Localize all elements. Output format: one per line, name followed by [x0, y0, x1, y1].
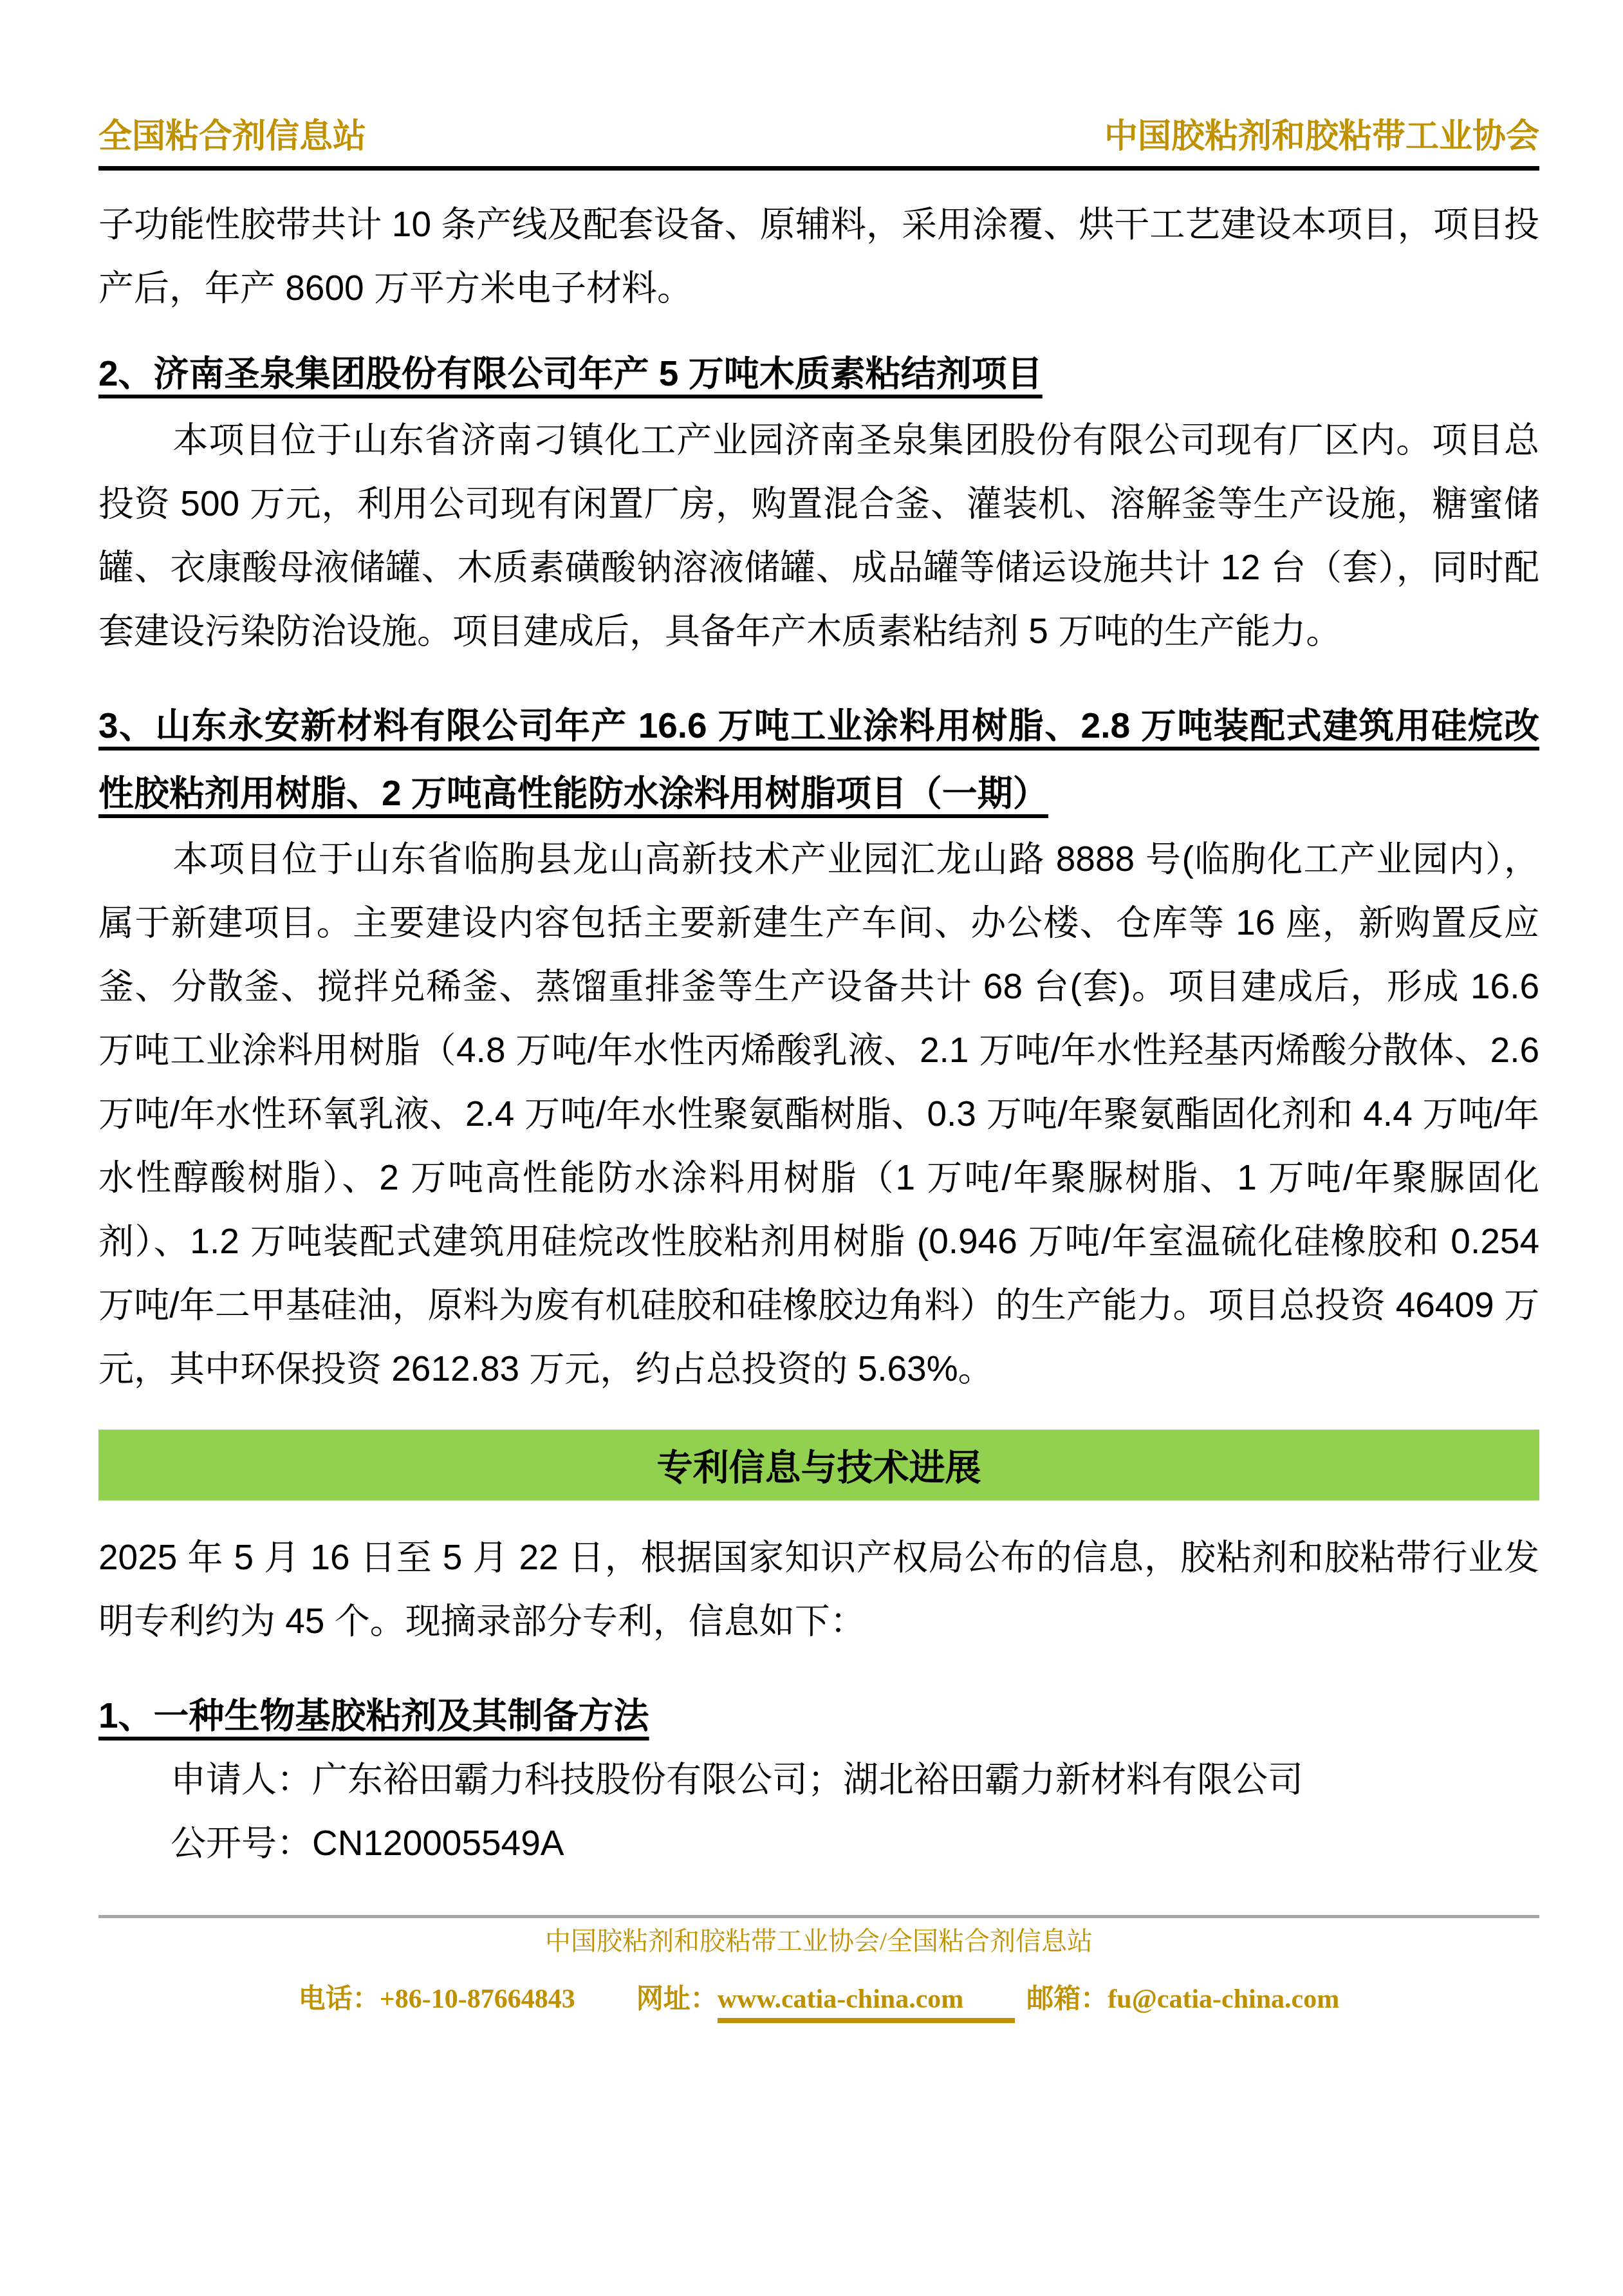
phone-value: +86-10-87664843	[380, 1984, 575, 2014]
project2-heading: 2、济南圣泉集团股份有限公司年产 5 万吨木质素粘结剂项目	[98, 342, 1539, 406]
footer-divider	[98, 1915, 1539, 1918]
website-link[interactable]: www.catia-china.com	[718, 1984, 1016, 2023]
page-content: 全国粘合剂信息站 中国胶粘剂和胶粘带工业协会 子功能性胶带共计 10 条产线及配…	[98, 0, 1539, 2017]
website-label: 网址：	[636, 1984, 718, 2014]
footer-contact-line: 电话：+86-10-87664843网址：www.catia-china.com…	[98, 1981, 1539, 2017]
patent1-applicant-row: 申请人：广东裕田霸力科技股份有限公司；湖北裕田霸力新材料有限公司	[98, 1748, 1539, 1811]
footer-org-line: 中国胶粘剂和胶粘带工业协会/全国粘合剂信息站	[98, 1925, 1539, 1958]
project3-heading: 3、山东永安新材料有限公司年产 16.6 万吨工业涂料用树脂、2.8 万吨装配式…	[98, 692, 1539, 827]
intro-paragraph: 子功能性胶带共计 10 条产线及配套设备、原辅料，采用涂覆、烘干工艺建设本项目，…	[98, 192, 1539, 320]
applicant-value: 广东裕田霸力科技股份有限公司；湖北裕田霸力新材料有限公司	[312, 1759, 1303, 1799]
patent1-publication-row: 公开号：CN120005549A	[98, 1811, 1539, 1875]
document-page: 全国粘合剂信息站 中国胶粘剂和胶粘带工业协会 子功能性胶带共计 10 条产线及配…	[0, 0, 1623, 2296]
site-name-label: 全国粘合剂信息站	[98, 116, 366, 158]
applicant-label: 申请人：	[171, 1759, 312, 1799]
patent-section-banner: 专利信息与技术进展	[98, 1430, 1539, 1500]
project3-body: 本项目位于山东省临朐县龙山高新技术产业园汇龙山路 8888 号(临朐化工产业园内…	[98, 827, 1539, 1401]
publication-number: CN120005549A	[312, 1823, 564, 1863]
patent-section-title: 专利信息与技术进展	[657, 1439, 981, 1491]
patent1-heading: 1、一种生物基胶粘剂及其制备方法	[98, 1684, 1539, 1748]
email-label: 邮箱：	[1026, 1984, 1108, 2014]
phone-label: 电话：	[299, 1984, 380, 2014]
patent-intro-paragraph: 2025 年 5 月 16 日至 5 月 22 日，根据国家知识产权局公布的信息…	[98, 1526, 1539, 1653]
project2-body: 本项目位于山东省济南刁镇化工产业园济南圣泉集团股份有限公司现有厂区内。项目总投资…	[98, 408, 1539, 663]
association-name-label: 中国胶粘剂和胶粘带工业协会	[1104, 116, 1539, 158]
page-header: 全国粘合剂信息站 中国胶粘剂和胶粘带工业协会	[98, 0, 1539, 171]
email-value: fu@catia-china.com	[1108, 1984, 1339, 2014]
publication-label: 公开号：	[171, 1823, 312, 1863]
